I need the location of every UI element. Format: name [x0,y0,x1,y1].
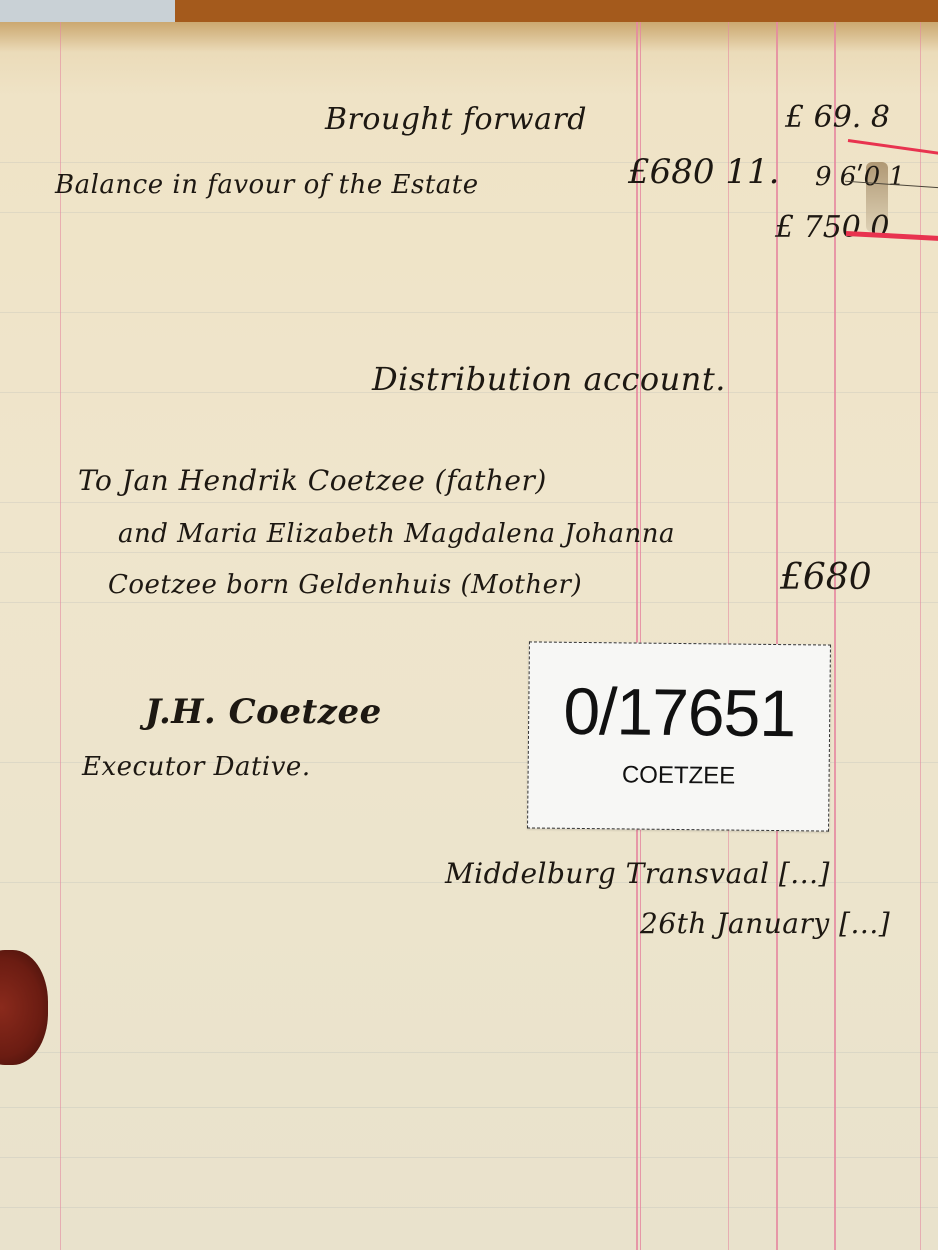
distribution-line-3: Coetzee born Geldenhuis (Mother) [108,570,582,600]
ruled-line [0,1157,938,1158]
signature-title: Executor Dative. [82,752,311,782]
archive-name: COETZEE [528,760,828,791]
paper-stain [0,22,938,52]
column-rule [636,22,638,1250]
ruled-line [0,312,938,313]
ruled-line [0,162,938,163]
margin-rule [60,22,61,1250]
brought-forward-text: Brought forward [325,102,587,137]
ruled-line [0,502,938,503]
column-rule [920,22,921,1250]
ruled-line [0,1052,938,1053]
figure-line-3: £ 750 0 [775,210,890,245]
ruled-line [0,552,938,553]
date-text: 26th January [...] [640,907,890,940]
figure-line-2: 9 6ʹ0 1 [815,162,905,192]
archive-number: 0/17651 [529,672,830,751]
red-underline [848,139,938,155]
column-rule [728,22,729,1250]
column-rule [776,22,778,1250]
figure-line-1: £ 69. 8 [785,100,890,135]
ledger-page: Brought forward Balance in favour of the… [0,22,938,1250]
distribution-line-2: and Maria Elizabeth Magdalena Johanna [118,519,675,549]
archive-label: 0/17651 COETZEE [527,641,831,831]
balance-amount: £680 11. [628,152,779,192]
column-rule [640,22,641,1250]
ruled-line [0,1107,938,1108]
section-title: Distribution account. [372,360,726,398]
ruled-line [0,1207,938,1208]
place-text: Middelburg Transvaal [...] [445,857,830,890]
signature: J.H. Coetzee [145,692,382,732]
distribution-line-1: To Jan Hendrik Coetzee (father) [78,464,547,497]
column-rule [834,22,836,1250]
background-blue-surface [0,0,175,22]
distribution-amount: £680 [780,557,872,598]
background-wood-surface [175,0,938,22]
ruled-line [0,602,938,603]
balance-line-text: Balance in favour of the Estate [55,170,479,200]
